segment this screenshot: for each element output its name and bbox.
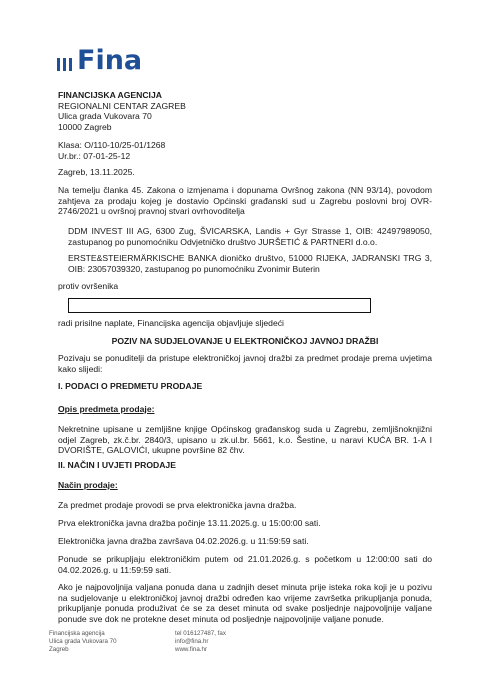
- ref-urbr: Ur.br.: 07-01-25-12: [58, 151, 432, 162]
- header-city: 10000 Zagreb: [58, 122, 432, 133]
- logo-wordmark: Fina: [77, 48, 142, 74]
- footer-email-link[interactable]: info@fina.hr: [175, 638, 226, 646]
- logo-bars-icon: [57, 58, 72, 71]
- section2-heading: II. NAČIN I UVJETI PRODAJE: [58, 460, 432, 471]
- footer-city: Zagreb: [49, 646, 117, 654]
- footer-phone: tel 016127487, fax: [175, 630, 226, 638]
- footer-right: tel 016127487, fax info@fina.hr www.fina…: [175, 630, 226, 655]
- section1-subheading: Opis predmeta prodaje:: [58, 404, 432, 415]
- section2-subheading: Način prodaje:: [58, 480, 432, 491]
- document-title: POZIV NA SUDJELOVANJE U ELEKTRONIČKOJ JA…: [58, 336, 432, 347]
- footer-website-link[interactable]: www.fina.hr: [175, 646, 226, 654]
- document-date: Zagreb, 13.11.2025.: [58, 167, 432, 178]
- header-center: REGIONALNI CENTAR ZAGREB: [58, 101, 432, 112]
- section2-p5: Ako je najpovoljnija valjana ponuda dana…: [58, 582, 432, 624]
- fina-logo: Fina: [57, 44, 142, 74]
- footer-org: Financijska agencija: [49, 630, 117, 638]
- invite-paragraph: Pozivaju se ponuditelji da pristupe elek…: [58, 353, 432, 374]
- intro-paragraph: Na temelju članka 45. Zakona o izmjenama…: [58, 185, 432, 217]
- ref-klasa: Klasa: O/110-10/25-01/1268: [58, 140, 432, 151]
- section2-p4: Ponude se prikupljaju elektroničkim pute…: [58, 554, 432, 575]
- against-label: protiv ovršenika: [58, 281, 432, 292]
- section2-p3: Elektronička javna dražba završava 04.02…: [58, 536, 432, 547]
- footer-street: Ulica grada Vukovara 70: [49, 638, 117, 646]
- creditor-1: DDM INVEST III AG, 6300 Zug, ŠVICARSKA, …: [68, 226, 432, 247]
- creditor-2: ERSTE&STEIERMÄRKISCHE BANKA dioničko dru…: [68, 253, 432, 274]
- footer-left: Financijska agencija Ulica grada Vukovar…: [49, 630, 117, 655]
- section2-p2: Prva elektronička javna dražba počinje 1…: [58, 518, 432, 529]
- header-org: FINANCIJSKA AGENCIJA: [58, 90, 432, 101]
- section1-body: Nekretnine upisane u zemljišne knjige Op…: [58, 424, 432, 456]
- section1-heading: I. PODACI O PREDMETU PRODAJE: [58, 381, 432, 392]
- section2-p1: Za predmet prodaje provodi se prva elekt…: [58, 500, 432, 511]
- announce-text: radi prisilne naplate, Financijska agenc…: [58, 318, 432, 329]
- header-street: Ulica grada Vukovara 70: [58, 111, 432, 122]
- redacted-debtor-box: [68, 298, 371, 313]
